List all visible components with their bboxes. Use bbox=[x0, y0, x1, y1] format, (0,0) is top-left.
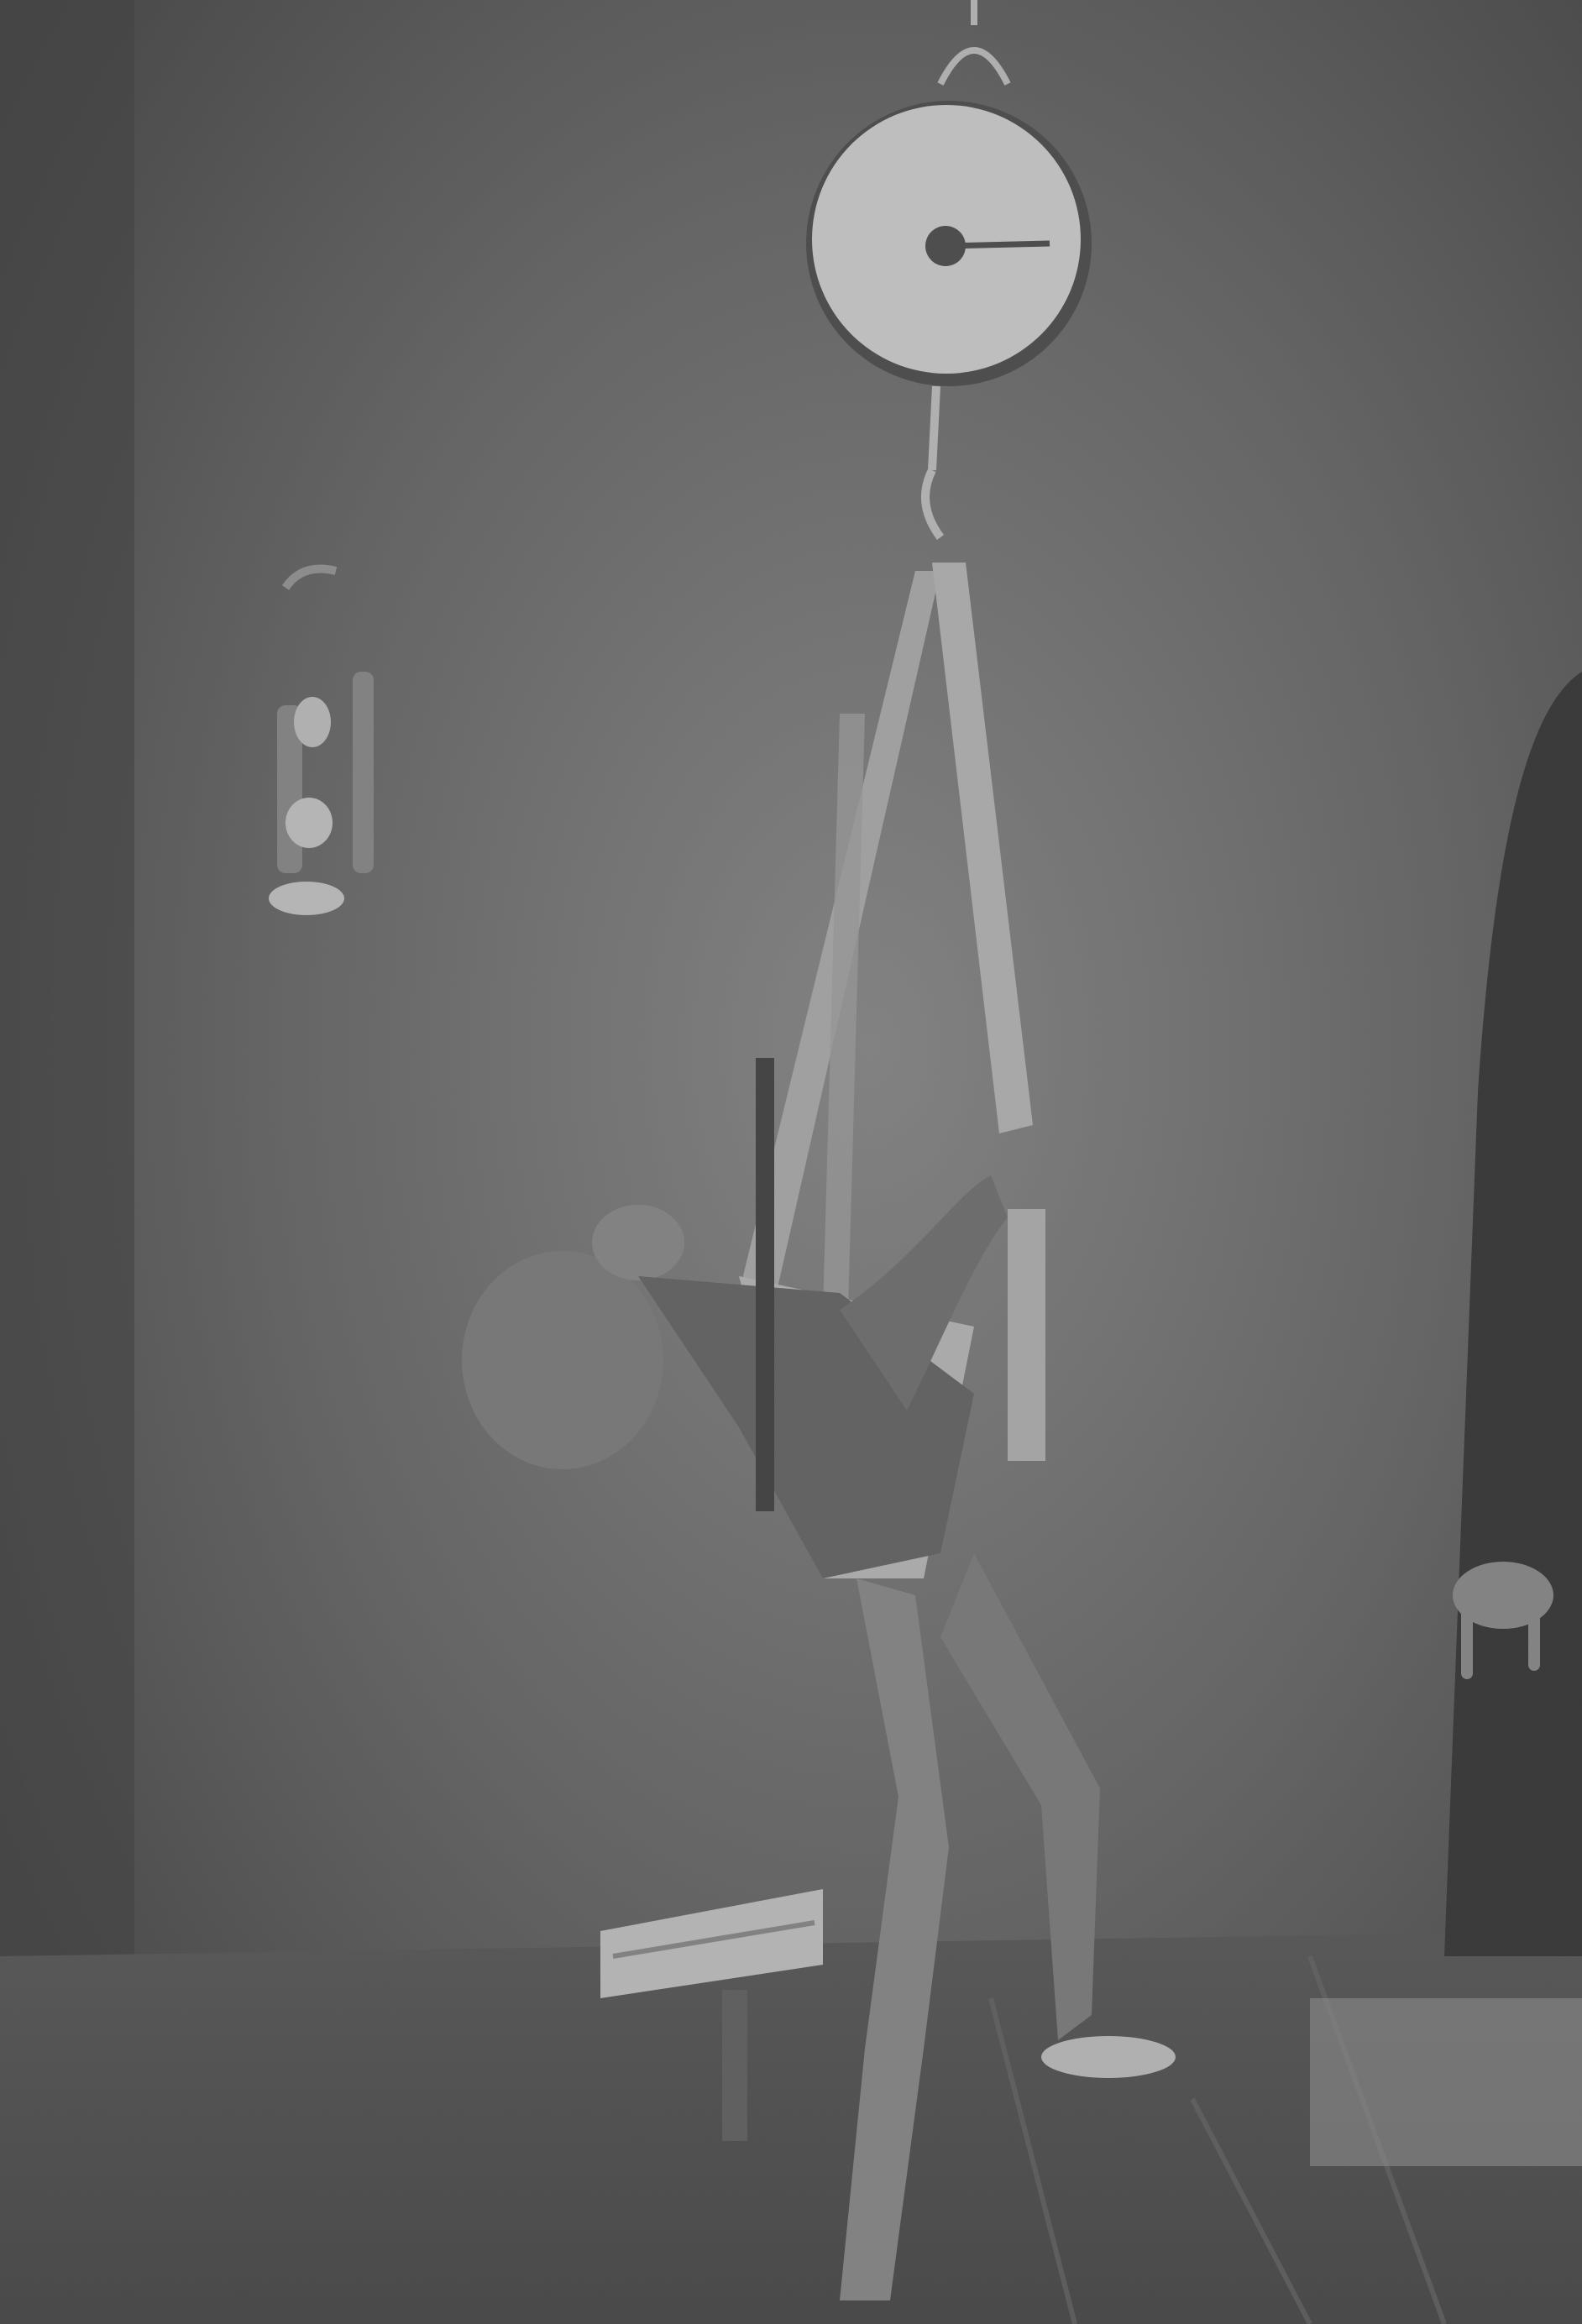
film-grain bbox=[0, 0, 1582, 2324]
photograph bbox=[0, 0, 1582, 2324]
